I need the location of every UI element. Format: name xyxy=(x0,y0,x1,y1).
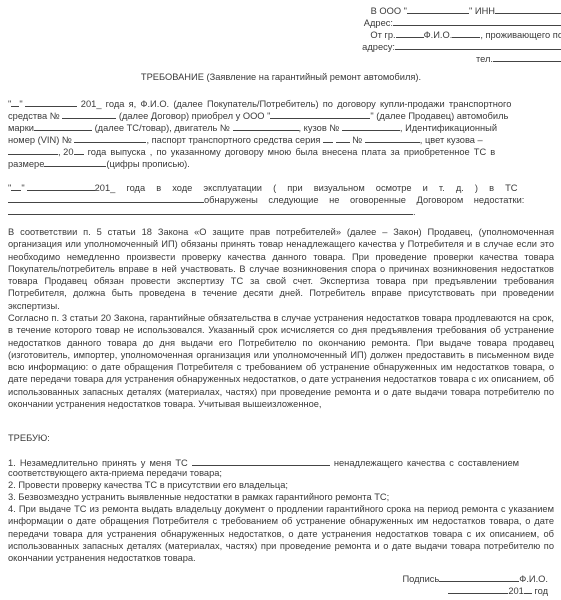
contract-number-blank[interactable] xyxy=(62,108,116,119)
phone-label: тел. xyxy=(476,54,493,64)
signature-blank[interactable] xyxy=(439,571,519,582)
amount-words-label: (цифры прописью). xyxy=(106,159,189,169)
brand-blank[interactable] xyxy=(34,120,92,131)
amount-blank[interactable] xyxy=(44,156,106,167)
body-number-blank[interactable] xyxy=(342,120,400,131)
document-title: ТРЕБОВАНИЕ (Заявление на гарантийный рем… xyxy=(8,72,554,82)
vin-blank[interactable] xyxy=(74,132,146,143)
defect-description-blank[interactable] xyxy=(8,204,413,215)
purchase-line-6: размере(цифры прописью). xyxy=(8,156,190,170)
header-company-line: В ООО "" ИНН xyxy=(353,3,561,15)
pts-series-blank-1[interactable] xyxy=(323,132,333,143)
demand-heading: ТРЕБУЮ: xyxy=(8,432,50,444)
demand-item-3: 3. Безвозмездно устранить выявленные нед… xyxy=(8,491,389,503)
defect-month-blank[interactable] xyxy=(27,180,95,191)
residence-label: адресу: xyxy=(362,42,395,52)
law-paragraph-2: Согласно п. 3 статьи 20 Закона, гарантий… xyxy=(8,312,554,410)
amount-label: размере xyxy=(8,159,44,169)
pts-series-blank-2[interactable] xyxy=(336,132,350,143)
seller-name-blank[interactable] xyxy=(270,108,370,119)
signature-label: Подпись xyxy=(402,574,439,584)
signature-year-blank[interactable] xyxy=(524,583,532,594)
from-blank-1[interactable] xyxy=(396,27,424,38)
defects-line-3: . xyxy=(8,204,416,218)
inn-blank[interactable] xyxy=(495,3,561,14)
defects-period: . xyxy=(413,207,416,217)
header-address-line: Адрес: xyxy=(353,15,561,27)
vehicle-blank[interactable] xyxy=(192,455,330,466)
header-from-line: От гр.Ф.И.О., проживающего по xyxy=(353,27,561,39)
defect-day-blank[interactable] xyxy=(11,180,21,191)
company-name-blank[interactable] xyxy=(407,3,469,14)
demand-1-text-cont: ненадлежащего качества с составлением xyxy=(330,458,519,468)
signature-date-blank[interactable] xyxy=(448,583,508,594)
year-suffix-label: год xyxy=(532,586,548,596)
demand-item-1-cont: соответствующего акта-приема передачи то… xyxy=(8,467,222,479)
date-line: 201 год xyxy=(448,583,548,596)
year-label: 201 xyxy=(508,586,524,596)
header-residence-line: адресу: xyxy=(353,39,561,51)
pts-number-blank[interactable] xyxy=(365,132,420,143)
from-blank-2[interactable] xyxy=(452,27,480,38)
addressee-block: В ООО "" ИНН Адрес: От гр.Ф.И.О., прожив… xyxy=(353,3,561,63)
demand-item-2: 2. Провести проверку качества ТС в прису… xyxy=(8,479,288,491)
year-blank[interactable] xyxy=(74,144,84,155)
demand-item-4: 4. При выдаче ТС из ремонта выдать владе… xyxy=(8,503,554,564)
color-blank[interactable] xyxy=(8,144,58,155)
defect-blank-1[interactable] xyxy=(8,192,204,203)
phone-blank[interactable] xyxy=(493,51,561,62)
header-phone-line: тел. xyxy=(353,51,561,63)
month-blank[interactable] xyxy=(25,96,77,107)
engine-number-blank[interactable] xyxy=(233,120,299,131)
law-paragraph-1: В соответствии п. 5 статьи 18 Закона «О … xyxy=(8,226,554,312)
residence-address-blank[interactable] xyxy=(395,39,561,50)
company-address-blank[interactable] xyxy=(393,15,561,26)
